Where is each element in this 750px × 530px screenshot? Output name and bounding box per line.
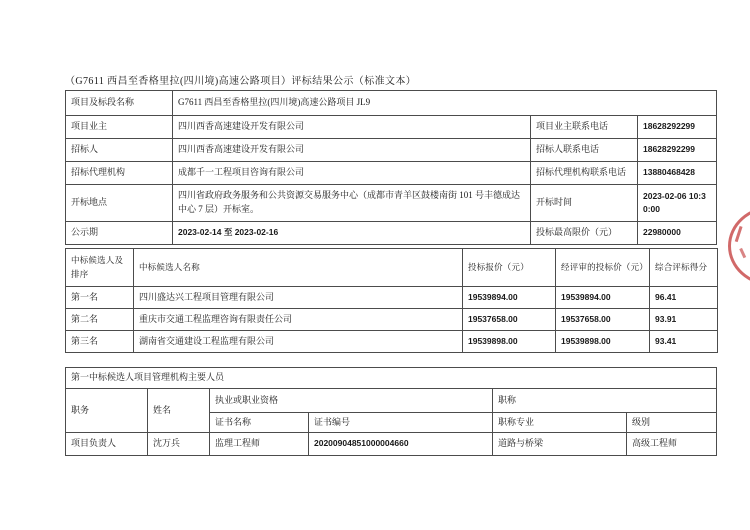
table-header-row: 中标候选人及排序 中标候选人名称 投标报价（元） 经评审的投标价（元） 综合评标… xyxy=(66,249,718,287)
rank-cell: 第一名 xyxy=(66,287,134,309)
owner-phone-label: 项目业主联系电话 xyxy=(531,116,638,139)
agency-value: 成都千一工程项目咨询有限公司 xyxy=(173,162,531,185)
table-row: 项目及标段名称 G7611 西昌至香格里拉(四川境)高速公路项目 JL9 xyxy=(66,91,717,116)
position-cell: 项目负责人 xyxy=(66,433,148,456)
table-row: 公示期 2023-02-14 至 2023-02-16 投标最高限价（元） 22… xyxy=(66,222,717,245)
tenderer-value: 四川西香高速建设开发有限公司 xyxy=(173,139,531,162)
project-name-label: 项目及标段名称 xyxy=(66,91,173,116)
cert-no-cell: 20200904851000004660 xyxy=(309,433,493,456)
table-row: 第一名 四川盛达兴工程项目管理有限公司 19539894.00 19539894… xyxy=(66,287,718,309)
candidate-name-cell: 重庆市交通工程监理咨询有限责任公司 xyxy=(134,309,463,331)
cert-name-header: 证书名称 xyxy=(210,413,309,433)
candidates-table: 中标候选人及排序 中标候选人名称 投标报价（元） 经评审的投标价（元） 综合评标… xyxy=(65,248,718,353)
position-header: 职务 xyxy=(66,389,148,433)
agency-label: 招标代理机构 xyxy=(66,162,173,185)
title-major-header: 职称专业 xyxy=(493,413,627,433)
owner-value: 四川西香高速建设开发有限公司 xyxy=(173,116,531,139)
max-price-value: 22980000 xyxy=(638,222,717,245)
evaluated-price-cell: 19539898.00 xyxy=(556,331,650,353)
owner-phone-value: 18628292299 xyxy=(638,116,717,139)
table-header-row: 职务 姓名 执业或职业资格 职称 xyxy=(66,389,717,413)
opening-place-label: 开标地点 xyxy=(66,185,173,222)
evaluated-price-cell: 19539894.00 xyxy=(556,287,650,309)
opening-time-value: 2023-02-06 10:30:00 xyxy=(638,185,717,222)
table-row: 项目负责人 沈万兵 监理工程师 20200904851000004660 道路与… xyxy=(66,433,717,456)
document-page: { "page": { "title": "（G7611 西昌至香格里拉(四川境… xyxy=(0,0,750,530)
title-major-cell: 道路与桥梁 xyxy=(493,433,627,456)
table-row: 第三名 湖南省交通建设工程监理有限公司 19539898.00 19539898… xyxy=(66,331,718,353)
table-row: 招标人 四川西香高速建设开发有限公司 招标人联系电话 18628292299 xyxy=(66,139,717,162)
opening-time-label: 开标时间 xyxy=(531,185,638,222)
evaluated-price-cell: 19537658.00 xyxy=(556,309,650,331)
project-info-table: 项目及标段名称 G7611 西昌至香格里拉(四川境)高速公路项目 JL9 项目业… xyxy=(65,90,717,245)
name-header: 姓名 xyxy=(148,389,210,433)
official-red-seal-icon xyxy=(725,203,750,285)
name-cell: 沈万兵 xyxy=(148,433,210,456)
score-cell: 93.41 xyxy=(650,331,718,353)
bid-price-cell: 19537658.00 xyxy=(463,309,556,331)
cert-no-header: 证书编号 xyxy=(309,413,493,433)
candidate-name-cell: 四川盛达兴工程项目管理有限公司 xyxy=(134,287,463,309)
qualification-header: 执业或职业资格 xyxy=(210,389,493,413)
rank-cell: 第二名 xyxy=(66,309,134,331)
opening-place-value: 四川省政府政务服务和公共资源交易服务中心（成都市青羊区鼓楼南街 101 号丰德成… xyxy=(173,185,531,222)
bid-price-cell: 19539898.00 xyxy=(463,331,556,353)
personnel-table: 第一中标候选人项目管理机构主要人员 职务 姓名 执业或职业资格 职称 证书名称 … xyxy=(65,367,717,456)
agency-phone-value: 13880468428 xyxy=(638,162,717,185)
cert-name-cell: 监理工程师 xyxy=(210,433,309,456)
table-row: 招标代理机构 成都千一工程项目咨询有限公司 招标代理机构联系电话 1388046… xyxy=(66,162,717,185)
rank-header: 中标候选人及排序 xyxy=(66,249,134,287)
score-header: 综合评标得分 xyxy=(650,249,718,287)
tenderer-phone-value: 18628292299 xyxy=(638,139,717,162)
table-caption-row: 第一中标候选人项目管理机构主要人员 xyxy=(66,368,717,389)
max-price-label: 投标最高限价（元） xyxy=(531,222,638,245)
bid-price-cell: 19539894.00 xyxy=(463,287,556,309)
tenderer-label: 招标人 xyxy=(66,139,173,162)
candidate-name-cell: 湖南省交通建设工程监理有限公司 xyxy=(134,331,463,353)
project-name-value: G7611 西昌至香格里拉(四川境)高速公路项目 JL9 xyxy=(173,91,717,116)
agency-phone-label: 招标代理机构联系电话 xyxy=(531,162,638,185)
publicity-period-label: 公示期 xyxy=(66,222,173,245)
candidate-name-header: 中标候选人名称 xyxy=(134,249,463,287)
title-level-header: 级别 xyxy=(627,413,717,433)
score-cell: 96.41 xyxy=(650,287,718,309)
score-cell: 93.91 xyxy=(650,309,718,331)
table-row: 项目业主 四川西香高速建设开发有限公司 项目业主联系电话 18628292299 xyxy=(66,116,717,139)
table-row: 开标地点 四川省政府政务服务和公共资源交易服务中心（成都市青羊区鼓楼南街 101… xyxy=(66,185,717,222)
owner-label: 项目业主 xyxy=(66,116,173,139)
table-row: 第二名 重庆市交通工程监理咨询有限责任公司 19537658.00 195376… xyxy=(66,309,718,331)
bid-price-header: 投标报价（元） xyxy=(463,249,556,287)
evaluated-price-header: 经评审的投标价（元） xyxy=(556,249,650,287)
publicity-period-value: 2023-02-14 至 2023-02-16 xyxy=(173,222,531,245)
title-header: 职称 xyxy=(493,389,717,413)
tenderer-phone-label: 招标人联系电话 xyxy=(531,139,638,162)
title-level-cell: 高级工程师 xyxy=(627,433,717,456)
page-title: （G7611 西昌至香格里拉(四川境)高速公路项目）评标结果公示（标准文本） xyxy=(65,72,416,87)
personnel-caption: 第一中标候选人项目管理机构主要人员 xyxy=(66,368,717,389)
rank-cell: 第三名 xyxy=(66,331,134,353)
